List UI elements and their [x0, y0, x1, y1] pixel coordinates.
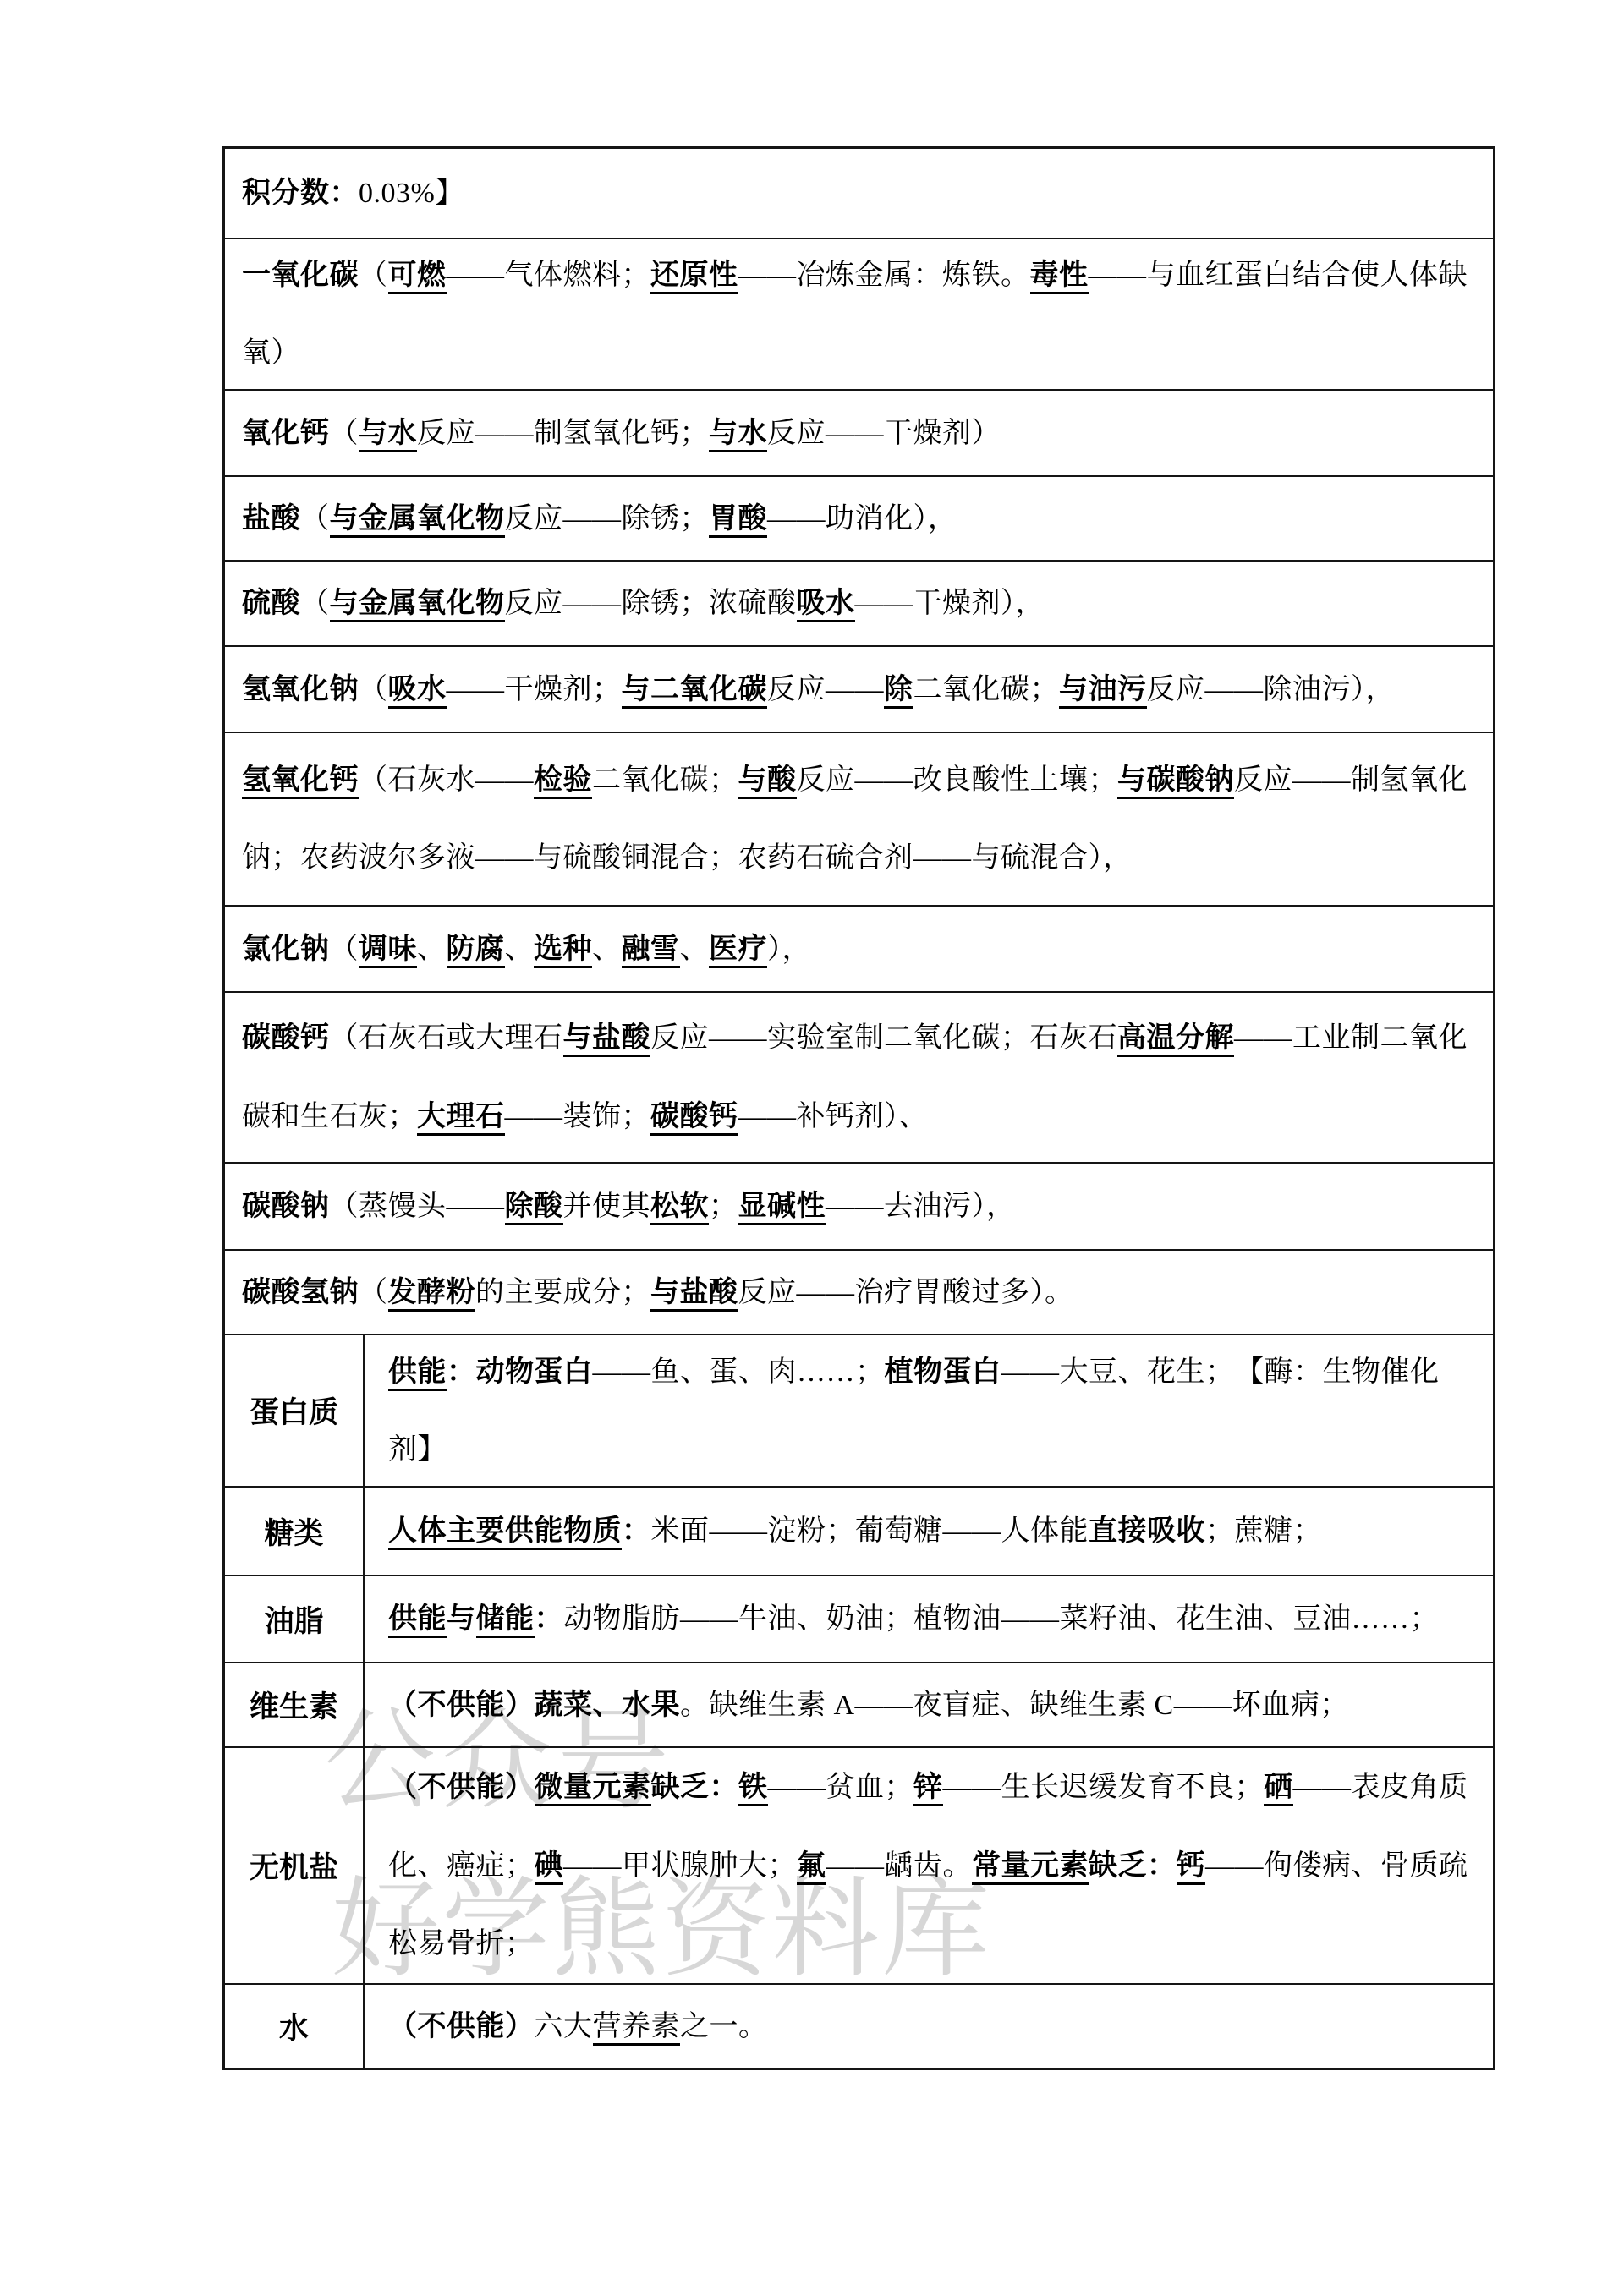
text-run: 碳酸钠	[242, 1190, 330, 1222]
text-run: 大理石	[417, 1100, 505, 1136]
text-run: 铁	[738, 1771, 768, 1806]
row-text: 一氧化碳（可燃——气体燃料；还原性——冶炼金属：炼铁。毒性——与血红蛋白结合使人…	[242, 236, 1481, 392]
text-run: 反应——改良酸性土壤；	[797, 764, 1118, 796]
row-text: 氯化钠（调味、防腐、选种、融雪、医疗），	[242, 910, 811, 989]
row-fats-content-cell: 供能与储能：动物脂肪——牛油、奶油；植物油——菜籽油、花生油、豆油……；	[365, 1576, 1493, 1662]
text-run: 医疗	[709, 933, 767, 968]
text-run: ：	[447, 1356, 476, 1388]
text-run: 与盐酸	[650, 1276, 738, 1312]
row-water-header-cell: 水	[225, 1985, 365, 2068]
text-run: （	[330, 418, 359, 449]
text-run: 碳酸钙	[650, 1100, 738, 1136]
row-calcium-carbonate-content-cell: 碳酸钙（石灰石或大理石与盐酸反应——实验室制二氧化碳；石灰石高温分解——工业制二…	[225, 993, 1493, 1162]
row-text: 碳酸氢钠（发酵粉的主要成分；与盐酸反应——治疗胃酸过多）。	[242, 1253, 1074, 1332]
row-minerals-header-cell: 无机盐	[225, 1748, 365, 1983]
row-sodium-hydroxide: 氢氧化钠（吸水——干燥剂；与二氧化碳反应——除二氧化碳；与油污反应——除油污），	[225, 645, 1493, 732]
row-sodium-bicarbonate: 碳酸氢钠（发酵粉的主要成分；与盐酸反应——治疗胃酸过多）。	[225, 1249, 1493, 1334]
row-text: 积分数：0.03%】	[242, 154, 464, 233]
row-sugars: 糖类人体主要供能物质：米面——淀粉；葡萄糖——人体能直接吸收；蔗糖；	[225, 1486, 1493, 1575]
text-run: ——助消化），	[767, 503, 957, 534]
row-sugars-content-cell: 人体主要供能物质：米面——淀粉；葡萄糖——人体能直接吸收；蔗糖；	[365, 1488, 1493, 1575]
text-run: 之一。	[680, 2011, 768, 2042]
text-run: 松软	[650, 1190, 709, 1225]
text-run: ——干燥剂），	[855, 588, 1045, 619]
row-calcium-hydroxide: 氢氧化钙（石灰水——检验二氧化碳；与酸反应——改良酸性土壤；与碳酸钠反应——制氢…	[225, 732, 1493, 905]
row-text: 供能：动物蛋白——鱼、蛋、肉……；植物蛋白——大豆、花生； 【酶：生物催化剂】	[388, 1333, 1481, 1489]
text-run: 碘	[535, 1849, 564, 1885]
text-run: （蒸馒头——	[330, 1191, 505, 1222]
text-run: 融雪	[622, 933, 680, 968]
text-run: 的主要成分；	[475, 1277, 650, 1308]
row-text: 硫酸（与金属氧化物反应——除锈；浓硫酸吸水——干燥剂），	[242, 564, 1045, 643]
text-run: （	[300, 588, 330, 619]
text-run: 毒性	[1030, 259, 1089, 294]
text-run: 反应——治疗胃酸过多）。	[738, 1277, 1074, 1308]
text-run: 动物脂肪——牛油、奶油；植物油——菜籽油、花生油、豆油……；	[563, 1603, 1439, 1635]
row-fats-header-cell: 油脂	[225, 1576, 365, 1662]
text-run: 与油污	[1059, 673, 1147, 709]
text-run: 、	[680, 934, 710, 965]
text-run: ——去油污），	[826, 1191, 1016, 1222]
text-run: ——补钙剂）、	[738, 1101, 929, 1132]
row-text: 碳酸钠（蒸馒头——除酸并使其松软；显碱性——去油污），	[242, 1167, 1016, 1246]
row-calcium-oxide: 氧化钙（与水反应——制氢氧化钙；与水反应——干燥剂）	[225, 389, 1493, 475]
text-run: 选种	[534, 933, 592, 968]
text-run: ——冶炼金属：炼铁。	[738, 260, 1030, 291]
text-run: 高温分解	[1117, 1022, 1234, 1057]
text-run: 与金属氧化物	[330, 587, 505, 622]
text-run: 植物蛋白	[885, 1356, 1001, 1388]
text-run: 反应——制氢氧化钙；	[417, 418, 709, 449]
row-sulfuric-acid-content-cell: 硫酸（与金属氧化物反应——除锈；浓硫酸吸水——干燥剂），	[225, 562, 1493, 645]
row-text: 人体主要供能物质：米面——淀粉；葡萄糖——人体能直接吸收；蔗糖；	[388, 1492, 1322, 1570]
row-vitamins: 维生素（不供能）蔬菜、水果。缺维生素 A——夜盲症、缺维生素 C——坏血病；	[225, 1662, 1493, 1746]
row-text: 氧化钙（与水反应——制氢氧化钙；与水反应——干燥剂）	[242, 394, 1001, 473]
text-run: 积分数：	[242, 177, 359, 209]
text-run: 微量元素	[535, 1771, 651, 1806]
text-run: （	[359, 1277, 388, 1308]
text-run: 直接吸收	[1089, 1515, 1205, 1547]
text-run: 硒	[1264, 1771, 1293, 1806]
text-run: 缺乏：	[651, 1771, 739, 1803]
text-run: 并使其	[563, 1191, 651, 1222]
row-vitamins-content-cell: （不供能）蔬菜、水果。缺维生素 A——夜盲症、缺维生素 C——坏血病；	[365, 1663, 1493, 1746]
row-text: （不供能）微量元素缺乏：铁——贫血；锌——生长迟缓发育不良；硒——表皮角质化、癌…	[388, 1748, 1481, 1983]
text-run: 二氧化碳；	[592, 764, 738, 796]
text-run: ：	[622, 1515, 651, 1547]
text-run: 0.03%】	[359, 178, 464, 209]
text-run: （	[330, 934, 359, 965]
text-run: 胃酸	[709, 502, 767, 538]
row-volume-fraction-note: 积分数：0.03%】	[225, 149, 1493, 238]
text-run: （石灰石或大理石	[330, 1022, 563, 1054]
row-protein-content-cell: 供能：动物蛋白——鱼、蛋、肉……；植物蛋白——大豆、花生； 【酶：生物催化剂】	[365, 1335, 1493, 1486]
row-text: 氢氧化钙（石灰水——检验二氧化碳；与酸反应——改良酸性土壤；与碳酸钠反应——制氢…	[242, 741, 1481, 897]
text-run: 反应——除油污），	[1147, 674, 1396, 705]
text-run: 反应——干燥剂）	[767, 418, 1001, 449]
text-run: 与酸	[738, 764, 797, 799]
text-run: 发酵粉	[388, 1276, 476, 1312]
text-run: 氧化钙	[242, 417, 330, 449]
text-run: （石灰水——	[359, 764, 534, 796]
text-run: 可燃	[388, 259, 447, 294]
text-run: 氢氧化钙	[242, 764, 359, 799]
text-run: 人体主要供能物质	[388, 1515, 622, 1550]
row-fats: 油脂供能与储能：动物脂肪——牛油、奶油；植物油——菜籽油、花生油、豆油……；	[225, 1575, 1493, 1662]
text-run: 常量元素	[972, 1849, 1089, 1885]
row-sodium-bicarbonate-content-cell: 碳酸氢钠（发酵粉的主要成分；与盐酸反应——治疗胃酸过多）。	[225, 1251, 1493, 1334]
text-run: 氯化钠	[242, 933, 330, 965]
row-calcium-oxide-content-cell: 氧化钙（与水反应——制氢氧化钙；与水反应——干燥剂）	[225, 391, 1493, 475]
row-text: 盐酸（与金属氧化物反应——除锈；胃酸——助消化），	[242, 479, 957, 558]
text-run: 、	[505, 934, 535, 965]
text-run: 检验	[534, 764, 592, 799]
text-run: 还原性	[650, 259, 738, 294]
row-vitamins-header-cell: 维生素	[225, 1663, 365, 1746]
row-sugars-header-cell: 糖类	[225, 1488, 365, 1575]
row-text: （不供能）蔬菜、水果。缺维生素 A——夜盲症、缺维生素 C——坏血病；	[388, 1666, 1349, 1745]
row-carbon-monoxide-content-cell: 一氧化碳（可燃——气体燃料；还原性——冶炼金属：炼铁。毒性——与血红蛋白结合使人…	[225, 239, 1493, 389]
text-run: 与盐酸	[563, 1022, 651, 1057]
text-run: 一氧化碳	[242, 259, 359, 291]
text-run: 吸水	[388, 673, 447, 709]
text-run: 吸水	[797, 587, 855, 622]
text-run: 氢氧化钠	[242, 673, 359, 705]
row-calcium-hydroxide-content-cell: 氢氧化钙（石灰水——检验二氧化碳；与酸反应——改良酸性土壤；与碳酸钠反应——制氢…	[225, 733, 1493, 905]
text-run: （不供能）蔬菜、水果	[388, 1689, 680, 1721]
notes-table: 积分数：0.03%】一氧化碳（可燃——气体燃料；还原性——冶炼金属：炼铁。毒性—…	[222, 146, 1495, 2070]
row-hydrochloric-acid: 盐酸（与金属氧化物反应——除锈；胃酸——助消化），	[225, 475, 1493, 560]
text-run: 反应——除锈；	[505, 503, 710, 534]
text-run: （不供能）	[388, 2010, 535, 2042]
text-run: （	[300, 503, 330, 534]
text-run: 调味	[359, 933, 417, 968]
row-text: 碳酸钙（石灰石或大理石与盐酸反应——实验室制二氧化碳；石灰石高温分解——工业制二…	[242, 999, 1481, 1156]
row-sulfuric-acid: 硫酸（与金属氧化物反应——除锈；浓硫酸吸水——干燥剂），	[225, 560, 1493, 645]
text-run: 供能	[388, 1603, 447, 1638]
row-water: 水（不供能）六大营养素之一。	[225, 1983, 1493, 2068]
text-run: ：	[535, 1603, 564, 1635]
text-run: 碳酸氢钠	[242, 1276, 359, 1308]
text-run: 防腐	[447, 933, 505, 968]
text-run: 盐酸	[242, 502, 300, 534]
text-run: 锌	[913, 1771, 943, 1806]
text-run: 营养素	[593, 2011, 681, 2046]
text-run: 储能	[476, 1603, 535, 1638]
row-minerals-content-cell: （不供能）微量元素缺乏：铁——贫血；锌——生长迟缓发育不良；硒——表皮角质化、癌…	[365, 1748, 1493, 1983]
text-run: 。缺维生素 A——夜盲症、缺维生素 C——坏血病；	[680, 1690, 1349, 1721]
row-protein: 蛋白质供能：动物蛋白——鱼、蛋、肉……；植物蛋白——大豆、花生； 【酶：生物催化…	[225, 1334, 1493, 1486]
text-run: ——龋齿。	[826, 1850, 973, 1882]
row-volume-fraction-note-content-cell: 积分数：0.03%】	[225, 149, 1493, 238]
text-run: ——干燥剂；	[447, 674, 622, 705]
row-calcium-carbonate: 碳酸钙（石灰石或大理石与盐酸反应——实验室制二氧化碳；石灰石高温分解——工业制二…	[225, 991, 1493, 1162]
text-run: 除酸	[505, 1190, 563, 1225]
text-run: 、	[417, 934, 447, 965]
text-run: 供能	[388, 1356, 447, 1391]
text-run: 氟	[797, 1849, 826, 1885]
text-run: 碳酸钙	[242, 1022, 330, 1054]
text-run: ——贫血；	[768, 1772, 914, 1803]
text-run: （不供能）	[388, 1771, 535, 1803]
text-run: ——生长迟缓发育不良；	[943, 1772, 1265, 1803]
text-run: ；	[709, 1191, 738, 1222]
document-page: 公众号 好学熊资料库 积分数：0.03%】一氧化碳（可燃——气体燃料；还原性——…	[0, 0, 1624, 2296]
text-run: 硫酸	[242, 587, 300, 619]
text-run: （	[359, 260, 388, 291]
text-run: 米面——淀粉；葡萄糖——人体能	[651, 1515, 1089, 1547]
text-run: ——大豆、花生；	[1001, 1356, 1221, 1388]
text-run: 反应——	[767, 674, 884, 705]
row-sodium-chloride-content-cell: 氯化钠（调味、防腐、选种、融雪、医疗），	[225, 907, 1493, 991]
row-protein-header-cell: 蛋白质	[225, 1335, 365, 1486]
text-run: （	[359, 674, 388, 705]
text-run: 与水	[709, 417, 767, 452]
row-water-content-cell: （不供能）六大营养素之一。	[365, 1985, 1493, 2068]
text-run: 动物蛋白	[476, 1356, 593, 1388]
row-sodium-carbonate-content-cell: 碳酸钠（蒸馒头——除酸并使其松软；显碱性——去油污），	[225, 1164, 1493, 1249]
text-run: 缺乏：	[1089, 1849, 1177, 1882]
row-minerals: 无机盐（不供能）微量元素缺乏：铁——贫血；锌——生长迟缓发育不良；硒——表皮角质…	[225, 1746, 1493, 1983]
text-run: 与水	[359, 417, 417, 452]
text-run: ），	[767, 934, 811, 965]
row-sodium-hydroxide-content-cell: 氢氧化钠（吸水——干燥剂；与二氧化碳反应——除二氧化碳；与油污反应——除油污），	[225, 647, 1493, 732]
text-run: 与	[447, 1603, 476, 1635]
row-text: 氢氧化钠（吸水——干燥剂；与二氧化碳反应——除二氧化碳；与油污反应——除油污），	[242, 650, 1395, 729]
text-run: 二氧化碳；	[913, 674, 1060, 705]
text-run: 、	[592, 934, 622, 965]
text-run: ——甲状腺肿大；	[563, 1850, 797, 1882]
row-text: 供能与储能：动物脂肪——牛油、奶油；植物油——菜籽油、花生油、豆油……；	[388, 1580, 1439, 1658]
row-carbon-monoxide: 一氧化碳（可燃——气体燃料；还原性——冶炼金属：炼铁。毒性——与血红蛋白结合使人…	[225, 238, 1493, 389]
row-hydrochloric-acid-content-cell: 盐酸（与金属氧化物反应——除锈；胃酸——助消化），	[225, 477, 1493, 560]
text-run: ——鱼、蛋、肉……；	[593, 1356, 885, 1388]
text-run: 显碱性	[738, 1190, 826, 1225]
row-text: （不供能）六大营养素之一。	[388, 1987, 768, 2066]
row-sodium-chloride: 氯化钠（调味、防腐、选种、融雪、医疗），	[225, 905, 1493, 991]
text-run: 与二氧化碳	[622, 673, 768, 709]
text-run: 反应——实验室制二氧化碳；石灰石	[650, 1022, 1117, 1054]
text-run: 反应——除锈；浓硫酸	[505, 588, 797, 619]
text-run: 与碳酸钠	[1117, 764, 1234, 799]
row-sodium-carbonate: 碳酸钠（蒸馒头——除酸并使其松软；显碱性——去油污），	[225, 1162, 1493, 1249]
text-run: ——气体燃料；	[447, 260, 651, 291]
text-run: 与金属氧化物	[330, 502, 505, 538]
text-run: 六大	[535, 2011, 593, 2042]
text-run: 钙	[1177, 1849, 1206, 1885]
text-run: ；蔗糖；	[1205, 1515, 1322, 1547]
text-run: 除	[884, 673, 913, 709]
text-run: ——装饰；	[505, 1101, 651, 1132]
